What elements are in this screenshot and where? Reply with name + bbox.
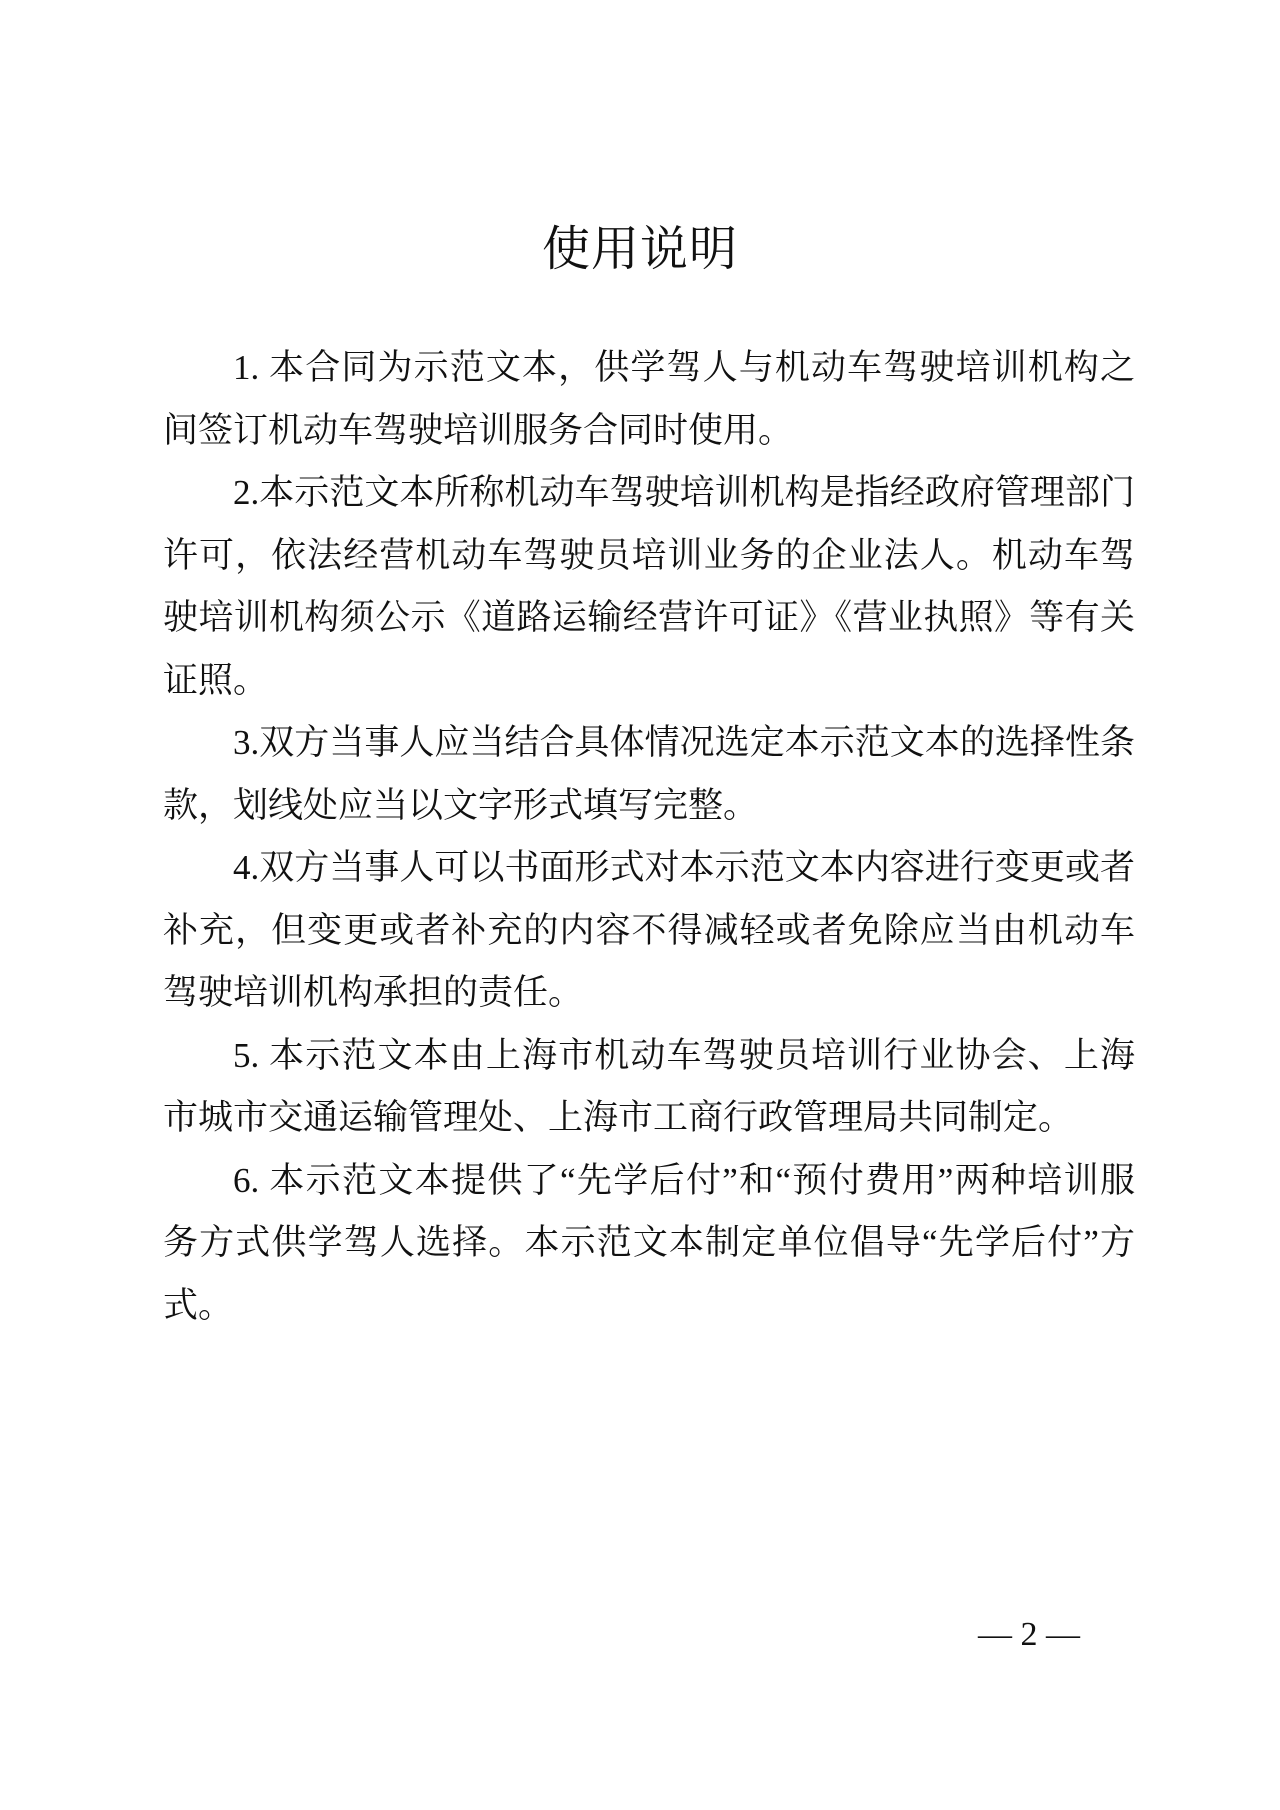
instruction-paragraph-5: 5. 本示范文本由上海市机动车驾驶员培训行业协会、上海市城市交通运输管理处、上海…: [163, 1025, 1135, 1150]
page-number: — 2 —: [978, 1615, 1080, 1655]
page-title: 使用说明: [0, 0, 1280, 278]
instruction-paragraph-2: 2.本示范文本所称机动车驾驶培训机构是指经政府管理部门许可，依法经营机动车驾驶员…: [163, 462, 1135, 712]
instruction-paragraph-6: 6. 本示范文本提供了“先学后付”和“预付费用”两种培训服务方式供学驾人选择。本…: [163, 1150, 1135, 1338]
instruction-paragraph-1: 1. 本合同为示范文本，供学驾人与机动车驾驶培训机构之间签订机动车驾驶培训服务合…: [163, 337, 1135, 462]
instructions-body: 1. 本合同为示范文本，供学驾人与机动车驾驶培训机构之间签订机动车驾驶培训服务合…: [163, 337, 1135, 1337]
instruction-paragraph-4: 4.双方当事人可以书面形式对本示范文本内容进行变更或者补充，但变更或者补充的内容…: [163, 837, 1135, 1025]
document-page: 使用说明 1. 本合同为示范文本，供学驾人与机动车驾驶培训机构之间签订机动车驾驶…: [0, 0, 1280, 1810]
instruction-paragraph-3: 3.双方当事人应当结合具体情况选定本示范文本的选择性条款，划线处应当以文字形式填…: [163, 712, 1135, 837]
